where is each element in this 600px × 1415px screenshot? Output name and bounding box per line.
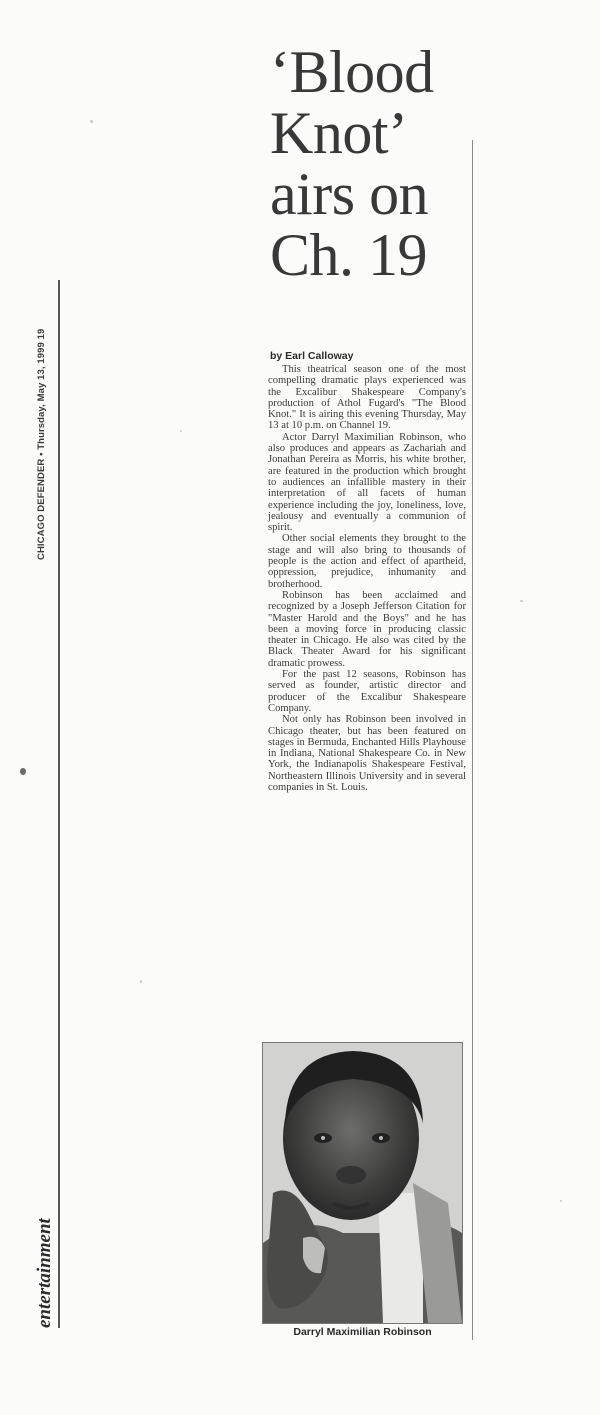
article-body: This theatrical season one of the most c… (268, 364, 466, 793)
portrait-photo (262, 1042, 463, 1324)
headline: ‘Blood Knot’ airs on Ch. 19 (270, 42, 470, 286)
paragraph: This theatrical season one of the most c… (268, 364, 466, 432)
photo-caption: Darryl Maximilian Robinson (262, 1326, 463, 1338)
paragraph: Actor Darryl Maximilian Robinson, who al… (268, 432, 466, 534)
paragraph: Other social elements they brought to th… (268, 533, 466, 589)
left-column-rule (58, 280, 60, 1328)
ink-spot (20, 768, 26, 775)
paragraph: For the past 12 seasons, Robinson has se… (268, 669, 466, 714)
paragraph: Not only has Robinson been involved in C… (268, 714, 466, 793)
column-rule (472, 140, 473, 1340)
paper-speck (520, 600, 523, 602)
newspaper-folio: CHICAGO DEFENDER • Thursday, May 13, 199… (36, 329, 47, 560)
paragraph: Robinson has been acclaimed and recogniz… (268, 590, 466, 669)
paper-speck (140, 980, 142, 983)
paper-speck (90, 120, 93, 123)
byline: by Earl Calloway (270, 350, 353, 362)
paper-speck (180, 430, 182, 432)
paper-speck (560, 1200, 562, 1202)
portrait-photo-icon (263, 1043, 462, 1323)
section-label: entertainment (34, 1218, 56, 1328)
